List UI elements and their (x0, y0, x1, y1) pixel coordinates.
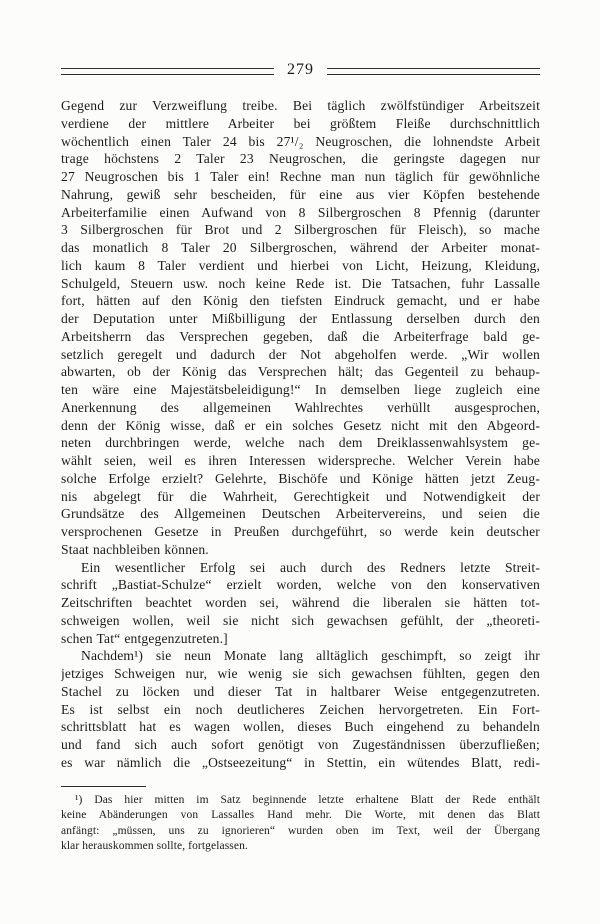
text-line: ¹) Das hier mitten im Satz beginnende le… (61, 793, 540, 808)
footnote-paragraph: ¹) Das hier mitten im Satz beginnende le… (61, 793, 540, 855)
body-text: Gegend zur Verzweiflung treibe. Bei tägl… (61, 97, 540, 772)
text-line: neten durchbringen werde, welche nach de… (61, 434, 540, 452)
text-line: Arbeiterfamilie einen Aufwand von 8 Silb… (61, 204, 540, 222)
text-line: 3 Silbergroschen für Brot und 2 Silbergr… (61, 221, 540, 239)
text-line: nis abgelegt für die Wahrheit, Gerechtig… (61, 488, 540, 506)
text-line: Schulgeld, Steuern usw. noch keine Rede … (61, 275, 540, 293)
text-line: Es ist selbst ein noch deutlicheres Zeic… (61, 701, 540, 719)
text-line: und fand sich auch sofort genötigt von Z… (61, 736, 540, 754)
text-line: trage höchstens 2 Taler 23 Neugroschen, … (61, 150, 540, 168)
text-line: Anerkennung des allgemeinen Wahlrechtes … (61, 399, 540, 417)
text-line: Zeitschriften beachtet worden sei, währe… (61, 594, 540, 612)
text-line: solche Erfolge erzielt? Gelehrte, Bischö… (61, 470, 540, 488)
text-line: der Deputation unter Mißbilligung der En… (61, 310, 540, 328)
text-line: denn der König wisse, daß er ein solches… (61, 417, 540, 435)
text-line: schrittsblatt hat es wagen wollen, diese… (61, 718, 540, 736)
text-line: Nahrung, gewiß sehr bescheiden, für eine… (61, 186, 540, 204)
text-line: abwarten, ob der König das Versprechen h… (61, 363, 540, 381)
text-line: schrift „Bastiat-Schulze“ erzielt worden… (61, 576, 540, 594)
text-line: setzlich geregelt und dadurch der Not ab… (61, 346, 540, 364)
text-line: das monatlich 8 Taler 20 Silbergroschen,… (61, 239, 540, 257)
paragraph: Ein wesentlicher Erfolg sei auch durch d… (61, 559, 540, 648)
text-line: wöchentlich einen Taler 24 bis 27¹/₂ Neu… (61, 133, 540, 151)
running-head: 279 (61, 63, 540, 79)
footnote: ¹) Das hier mitten im Satz beginnende le… (61, 793, 540, 855)
text-line: fort, hätten auf den König den tiefsten … (61, 292, 540, 310)
paragraph: Gegend zur Verzweiflung treibe. Bei tägl… (61, 97, 540, 559)
text-line: versprochenen Gesetze in Preußen durchge… (61, 523, 540, 541)
footnote-separator (61, 786, 146, 787)
header-rule-right (327, 68, 540, 75)
text-line: Stachel zu löcken und dieser Tat in halt… (61, 683, 540, 701)
text-line: schweigen wollen, weil sie nicht sich ge… (61, 612, 540, 630)
text-line: Ein wesentlicher Erfolg sei auch durch d… (61, 559, 540, 577)
text-line: ten wäre eine Majestätsbeleidigung!“ In … (61, 381, 540, 399)
book-page: 279 Gegend zur Verzweiflung treibe. Bei … (0, 0, 600, 924)
page-number: 279 (274, 62, 327, 78)
text-line: wählt seien, weil es ihren Interessen wi… (61, 452, 540, 470)
text-line: klar herauskommen sollte, fortgelassen. (61, 839, 540, 854)
text-line: Grundsätze des Allgemeinen Deutschen Arb… (61, 505, 540, 523)
text-line: lich kaum 8 Taler verdient und hierbei v… (61, 257, 540, 275)
text-line: verdiene der mittlere Arbeiter bei größt… (61, 115, 540, 133)
text-line: Arbeitsherrn das Versprechen gegeben, da… (61, 328, 540, 346)
text-line: jetziges Schweigen nur, wie wenig sie si… (61, 665, 540, 683)
text-line: keine Abänderungen von Lassalles Hand me… (61, 808, 540, 823)
header-rule-left (61, 68, 274, 75)
text-line: schen Tat“ entgegenzutreten.] (61, 630, 540, 648)
text-line: Staat nachbleiben können. (61, 541, 540, 559)
text-line: 27 Neugroschen bis 1 Taler ein! Rechne m… (61, 168, 540, 186)
text-line: anfängt: „müssen, uns zu ignorieren“ wur… (61, 824, 540, 839)
text-line: Nachdem¹) sie neun Monate lang alltäglic… (61, 647, 540, 665)
text-line: Gegend zur Verzweiflung treibe. Bei tägl… (61, 97, 540, 115)
text-line: es war nämlich die „Ostseezeitung“ in St… (61, 754, 540, 772)
paragraph: Nachdem¹) sie neun Monate lang alltäglic… (61, 647, 540, 771)
